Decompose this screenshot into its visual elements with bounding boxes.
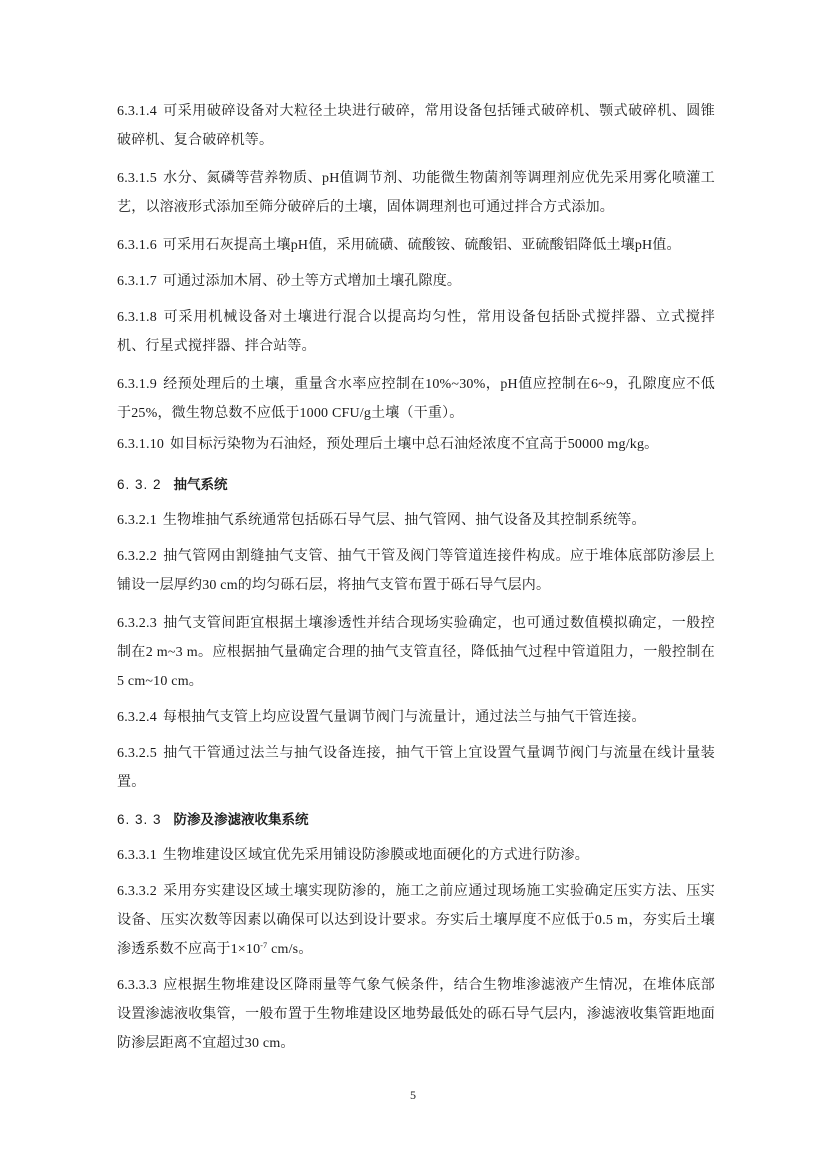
- clause-number: 6.3.1.5: [117, 171, 157, 186]
- clause-text: 抽气支管间距宜根据土壤渗透性并结合现场实验确定，也可通过数值模拟确定，一般控制在…: [117, 616, 715, 689]
- clause-number: 6.3.2.3: [117, 616, 157, 631]
- section-heading-6-3-3: 6. 3. 3防渗及渗滤液收集系统: [117, 810, 309, 830]
- clause-text-tail: cm/s。: [267, 942, 312, 957]
- paragraph-6-3-1-5: 6.3.1.5水分、氮磷等营养物质、pH值调节剂、功能微生物菌剂等调理剂应优先采…: [117, 164, 715, 222]
- section-title: 抽气系统: [174, 477, 228, 493]
- paragraph-6-3-2-1: 6.3.2.1生物堆抽气系统通常包括砾石导气层、抽气管网、抽气设备及其控制系统等…: [117, 506, 715, 535]
- clause-text: 如目标污染物为石油烃，预处理后土壤中总石油烃浓度不宜高于50000 mg/kg。: [170, 437, 658, 452]
- clause-number: 6.3.2.2: [117, 549, 157, 564]
- clause-text: 每根抽气支管上均应设置气量调节阀门与流量计，通过法兰与抽气干管连接。: [163, 710, 646, 725]
- section-heading-6-3-2: 6. 3. 2抽气系统: [117, 475, 228, 495]
- clause-text: 抽气管网由割缝抽气支管、抽气干管及阀门等管道连接件构成。应于堆体底部防渗层上铺设…: [117, 549, 715, 593]
- clause-number: 6.3.3.1: [117, 848, 157, 863]
- page-number: 5: [0, 1088, 826, 1103]
- clause-number: 6.3.1.8: [117, 310, 157, 325]
- paragraph-6-3-2-4: 6.3.2.4每根抽气支管上均应设置气量调节阀门与流量计，通过法兰与抽气干管连接…: [117, 703, 715, 732]
- section-number: 6. 3. 3: [117, 812, 162, 827]
- paragraph-6-3-1-9: 6.3.1.9经预处理后的土壤，重量含水率应控制在10%~30%，pH值应控制在…: [117, 370, 715, 428]
- clause-text: 可采用破碎设备对大粒径土块进行破碎，常用设备包括锤式破碎机、颚式破碎机、圆锥破碎…: [117, 104, 715, 148]
- clause-text: 可通过添加木屑、砂土等方式增加土壤孔隙度。: [163, 274, 461, 289]
- clause-number: 6.3.1.7: [117, 274, 157, 289]
- clause-text: 经预处理后的土壤，重量含水率应控制在10%~30%，pH值应控制在6~9，孔隙度…: [117, 377, 715, 421]
- clause-text: 生物堆建设区域宜优先采用铺设防渗膜或地面硬化的方式进行防渗。: [163, 848, 589, 863]
- clause-number: 6.3.3.2: [117, 884, 157, 899]
- clause-text: 抽气干管通过法兰与抽气设备连接，抽气干管上宜设置气量调节阀门与流量在线计量装置。: [117, 746, 715, 790]
- paragraph-6-3-2-2: 6.3.2.2抽气管网由割缝抽气支管、抽气干管及阀门等管道连接件构成。应于堆体底…: [117, 542, 715, 600]
- paragraph-6-3-3-2: 6.3.3.2采用夯实建设区域土壤实现防渗的，施工之前应通过现场施工实验确定压实…: [117, 877, 715, 964]
- clause-text: 采用夯实建设区域土壤实现防渗的，施工之前应通过现场施工实验确定压实方法、压实设备…: [117, 884, 715, 957]
- clause-text: 水分、氮磷等营养物质、pH值调节剂、功能微生物菌剂等调理剂应优先采用雾化喷灌工艺…: [117, 171, 715, 215]
- paragraph-6-3-1-8: 6.3.1.8可采用机械设备对土壤进行混合以提高均匀性，常用设备包括卧式搅拌器、…: [117, 303, 715, 361]
- clause-text: 应根据生物堆建设区降雨量等气象气候条件，结合生物堆渗滤液产生情况，在堆体底部设置…: [117, 978, 715, 1051]
- clause-number: 6.3.3.3: [117, 978, 157, 993]
- paragraph-6-3-2-3: 6.3.2.3抽气支管间距宜根据土壤渗透性并结合现场实验确定，也可通过数值模拟确…: [117, 609, 715, 696]
- clause-number: 6.3.1.6: [117, 238, 157, 253]
- paragraph-6-3-2-5: 6.3.2.5抽气干管通过法兰与抽气设备连接，抽气干管上宜设置气量调节阀门与流量…: [117, 739, 715, 797]
- clause-text: 可采用机械设备对土壤进行混合以提高均匀性，常用设备包括卧式搅拌器、立式搅拌机、行…: [117, 310, 715, 354]
- section-title: 防渗及渗滤液收集系统: [174, 812, 309, 828]
- clause-number: 6.3.1.10: [117, 437, 164, 452]
- paragraph-6-3-3-1: 6.3.3.1生物堆建设区域宜优先采用铺设防渗膜或地面硬化的方式进行防渗。: [117, 841, 715, 870]
- clause-text: 生物堆抽气系统通常包括砾石导气层、抽气管网、抽气设备及其控制系统等。: [163, 513, 646, 528]
- clause-text: 可采用石灰提高土壤pH值，采用硫磺、硫酸铵、硫酸铝、亚硫酸铝降低土壤pH值。: [163, 238, 681, 253]
- clause-number: 6.3.2.1: [117, 513, 157, 528]
- paragraph-6-3-1-7: 6.3.1.7可通过添加木屑、砂土等方式增加土壤孔隙度。: [117, 267, 715, 296]
- paragraph-6-3-1-4: 6.3.1.4可采用破碎设备对大粒径土块进行破碎，常用设备包括锤式破碎机、颚式破…: [117, 97, 715, 155]
- document-page: 6.3.1.4可采用破碎设备对大粒径土块进行破碎，常用设备包括锤式破碎机、颚式破…: [0, 0, 826, 1169]
- clause-number: 6.3.2.4: [117, 710, 157, 725]
- paragraph-6-3-1-10: 6.3.1.10如目标污染物为石油烃，预处理后土壤中总石油烃浓度不宜高于5000…: [117, 430, 715, 459]
- paragraph-6-3-1-6: 6.3.1.6可采用石灰提高土壤pH值，采用硫磺、硫酸铵、硫酸铝、亚硫酸铝降低土…: [117, 231, 715, 260]
- clause-number: 6.3.1.4: [117, 104, 157, 119]
- clause-number: 6.3.2.5: [117, 746, 157, 761]
- section-number: 6. 3. 2: [117, 477, 162, 492]
- clause-number: 6.3.1.9: [117, 377, 157, 392]
- paragraph-6-3-3-3: 6.3.3.3应根据生物堆建设区降雨量等气象气候条件，结合生物堆渗滤液产生情况，…: [117, 971, 715, 1058]
